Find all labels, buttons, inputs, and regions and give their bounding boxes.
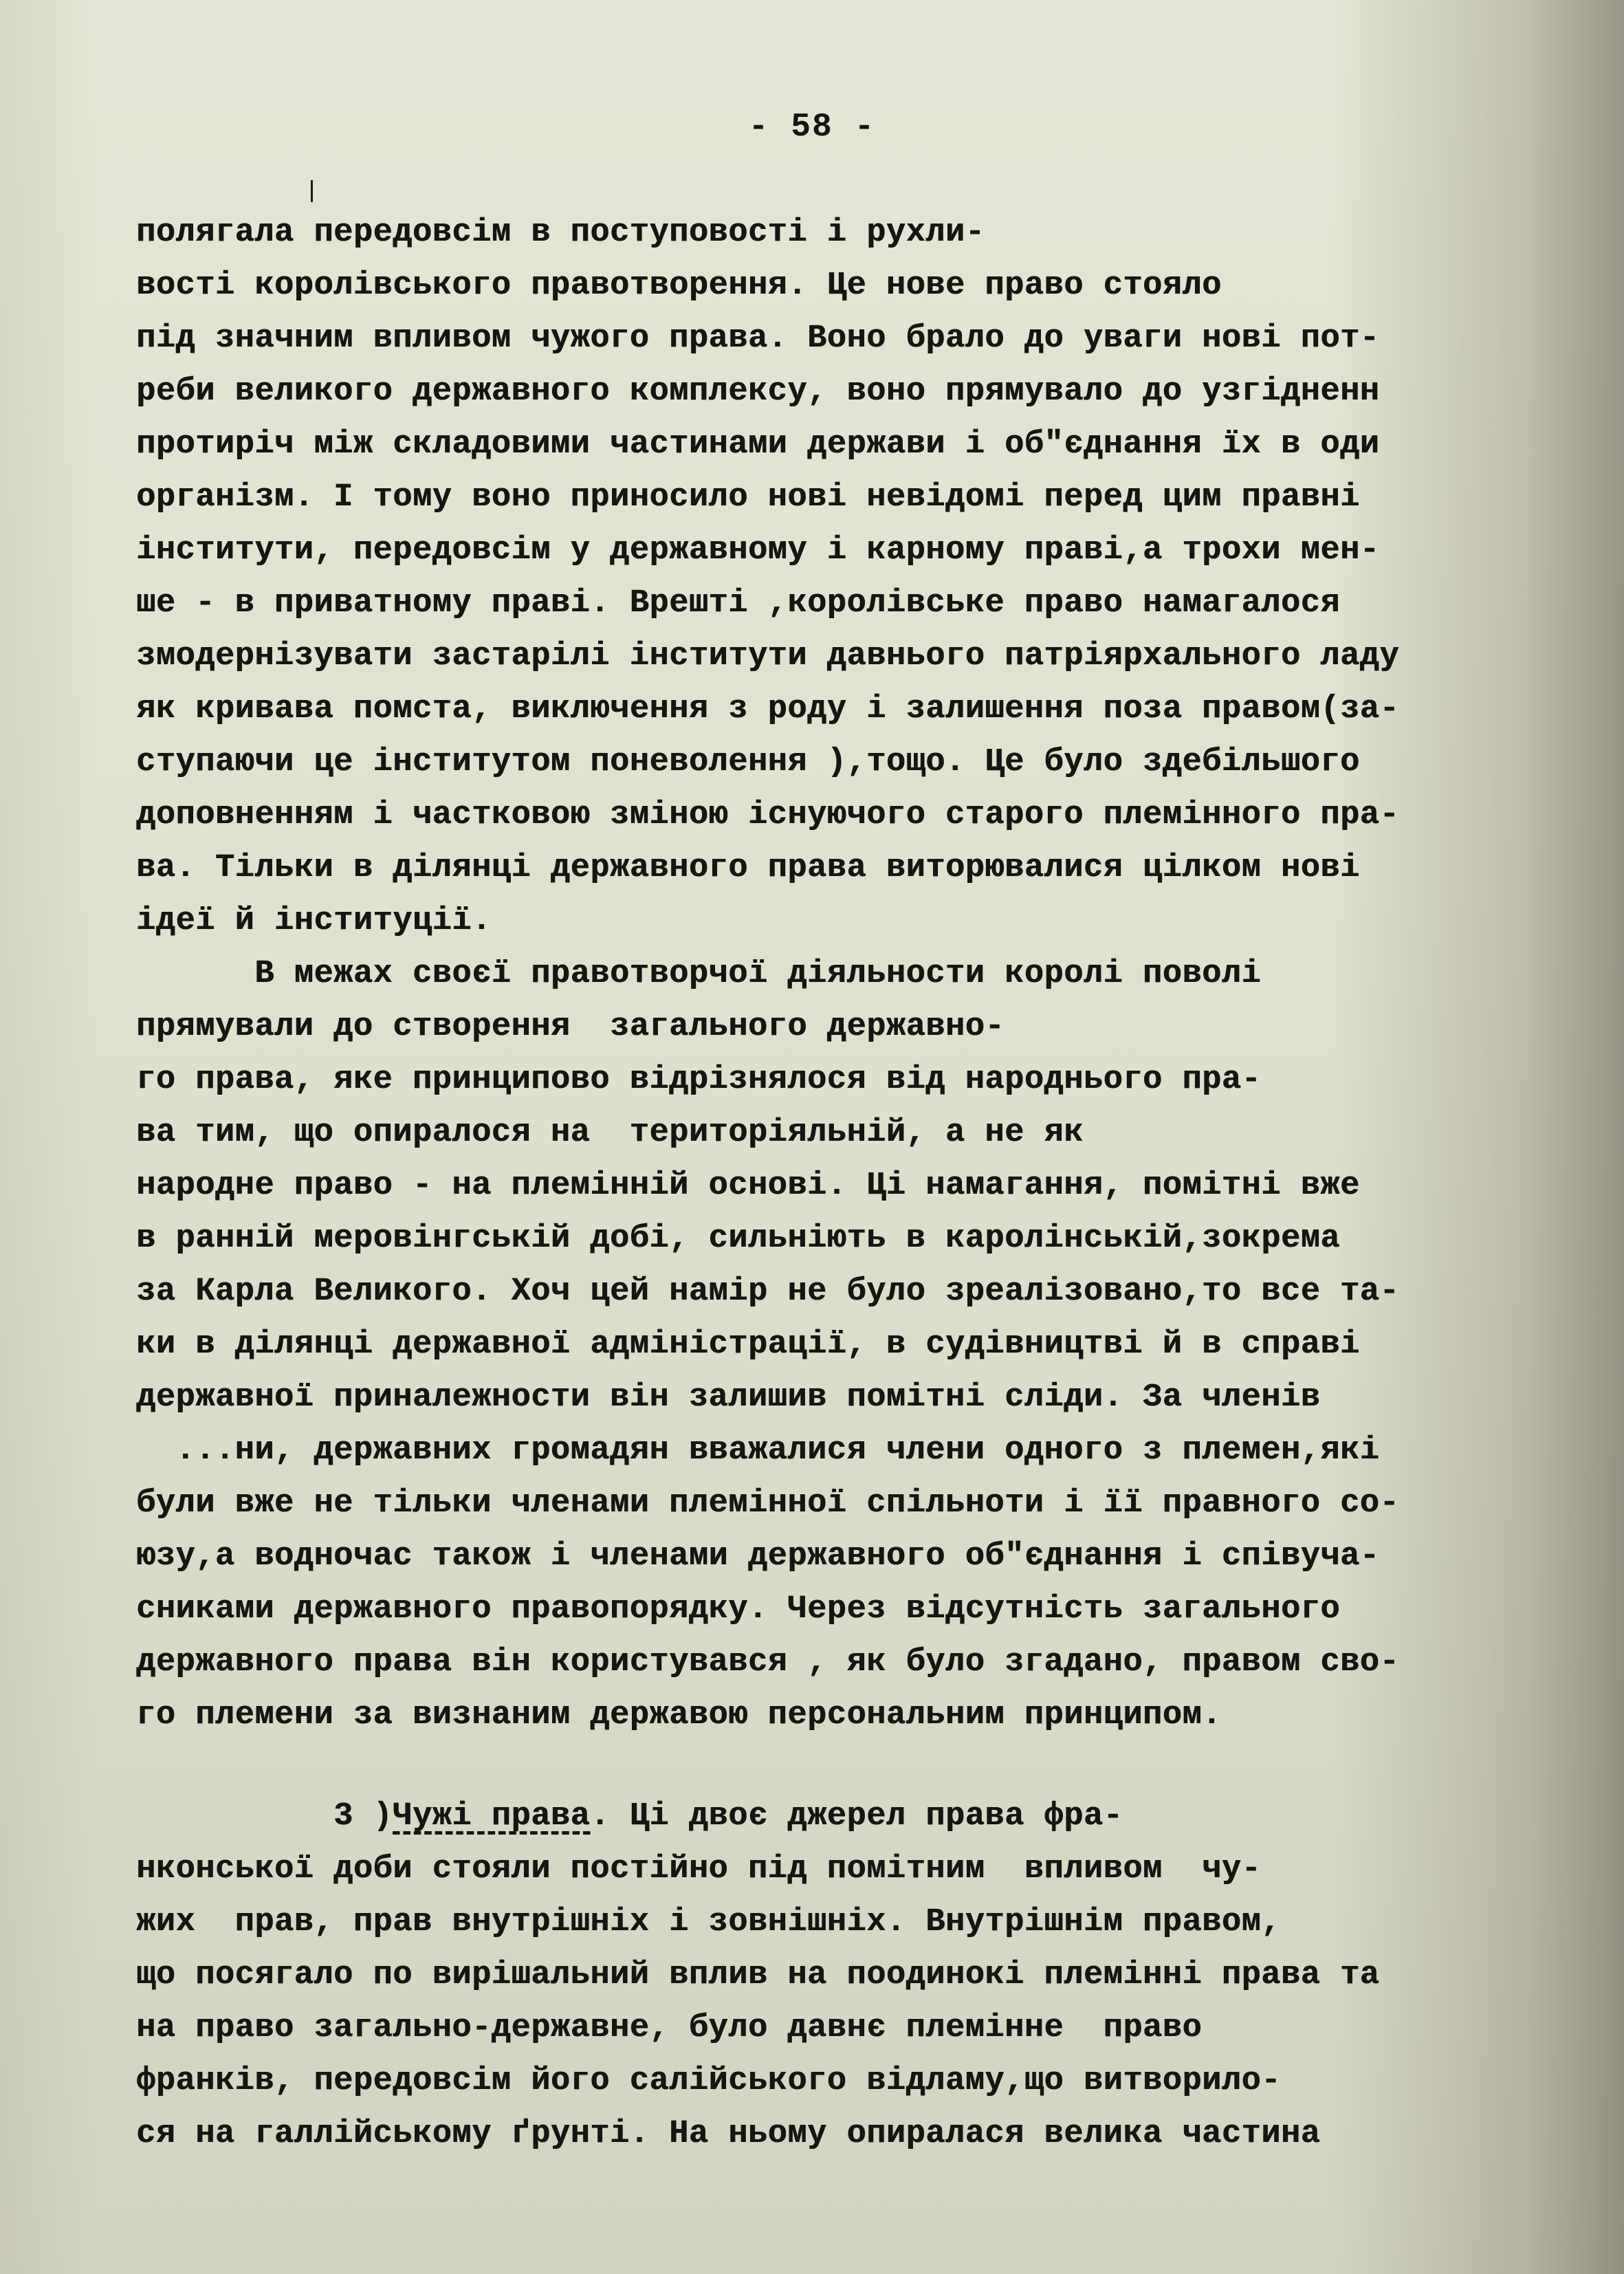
text-line: сниками державного правопорядку. Через в… (136, 1583, 1587, 1636)
document-page: - 58 - полягала передовсім в поступовост… (0, 0, 1624, 2274)
paragraph-1: полягала передовсім в поступовості і рух… (136, 206, 1587, 948)
text-line: в ранній меровінгській добі, сильніють в… (136, 1212, 1587, 1265)
section-gap (136, 1742, 1587, 1790)
text-line: ва. Тільки в ділянці державного права ви… (136, 842, 1587, 895)
text-line: реби великого державного комплексу, воно… (136, 365, 1587, 418)
text-line: що посягало по вирішальний вплив на поод… (136, 1949, 1587, 2002)
text-line: полягала передовсім в поступовості і рух… (136, 206, 1587, 259)
text-line: прямували до створення загального держав… (136, 1001, 1587, 1053)
text-line: ідеї й інституції. (136, 895, 1587, 948)
text-line: ся на галлійському ґрунті. На ньому опир… (136, 2108, 1587, 2161)
section-number: 3 ) (333, 1798, 393, 1835)
section-title: Чужі права (393, 1798, 590, 1835)
text-line: франків, передовсім його салійського від… (136, 2055, 1587, 2108)
text-line: вості королівського правотворення. Це но… (136, 259, 1587, 312)
page-number: - 58 - (0, 109, 1624, 146)
text-line: протиріч між складовими частинами держав… (136, 418, 1587, 471)
section-heading-line: 3 )Чужі права. Ці двоє джерел права фра- (136, 1790, 1587, 1843)
text-line: організм. І тому воно приносило нові нев… (136, 471, 1587, 524)
text-line: го права, яке принципово відрізнялося ві… (136, 1053, 1587, 1106)
paragraph-2: В межах своєї правотворчої діяльности ко… (136, 948, 1587, 1742)
text-line: го племени за визнаним державою персонал… (136, 1689, 1587, 1742)
margin-pencil-mark (311, 180, 313, 202)
text-line: на право загально-державне, було давнє п… (136, 2002, 1587, 2055)
text-line: під значним впливом чужого права. Воно б… (136, 312, 1587, 365)
text-line: інститути, передовсім у державному і кар… (136, 524, 1587, 577)
text-line: змодернізувати застарілі інститути давнь… (136, 630, 1587, 683)
section-heading-rest: . Ці двоє джерел права фра- (590, 1798, 1123, 1835)
text-line: В межах своєї правотворчої діяльности ко… (136, 948, 1587, 1001)
text-line: державного права він користувався , як б… (136, 1636, 1587, 1689)
text-line: ше - в приватному праві. Врешті ,королів… (136, 577, 1587, 630)
paragraph-3: 3 )Чужі права. Ці двоє джерел права фра-… (136, 1790, 1587, 2161)
text-line: жих прав, прав внутрішніх і зовнішніх. В… (136, 1896, 1587, 1949)
text-line: ступаючи це інститутом поневолення ),тощ… (136, 736, 1587, 789)
body-text: полягала передовсім в поступовості і рух… (136, 206, 1587, 2161)
text-line: юзу,а водночас також і членами державног… (136, 1530, 1587, 1583)
text-line: доповненням і частковою зміною існуючого… (136, 789, 1587, 842)
text-line: державної приналежности він залишив помі… (136, 1371, 1587, 1424)
text-line: народне право - на племінній основі. Ці … (136, 1159, 1587, 1212)
text-line: були вже не тільки членами племінної спі… (136, 1477, 1587, 1530)
text-line: за Карла Великого. Хоч цей намір не було… (136, 1265, 1587, 1318)
text-line: ва тим, що опиралося на територіяльній, … (136, 1106, 1587, 1159)
text-line: ...ни, державних громадян вважалися член… (136, 1424, 1587, 1477)
text-line: нконської доби стояли постійно під поміт… (136, 1843, 1587, 1896)
text-line: як кривава помста, виключення з роду і з… (136, 683, 1587, 736)
text-line: ки в ділянці державної адміністрації, в … (136, 1318, 1587, 1371)
